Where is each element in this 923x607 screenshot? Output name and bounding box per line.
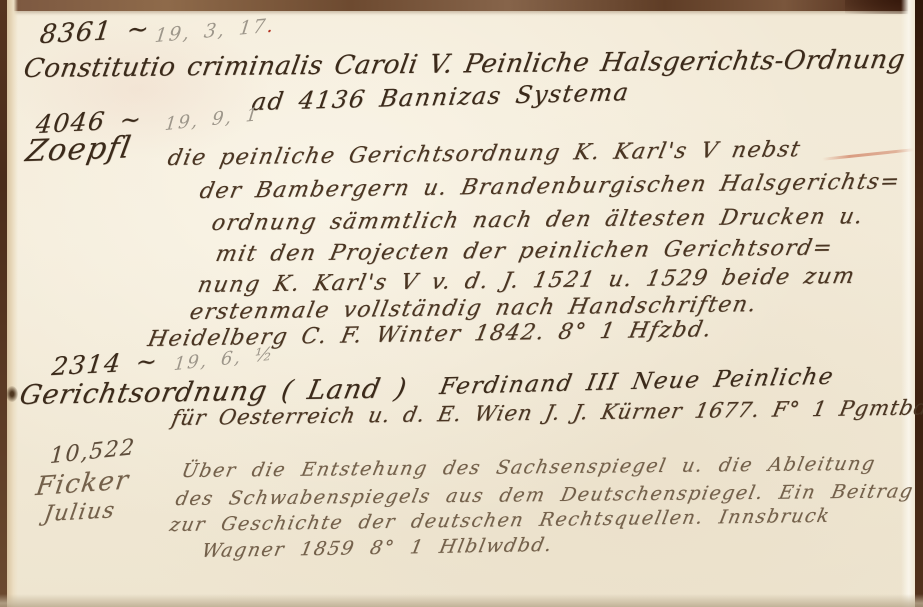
entry1-subtitle: ad 4136 Bannizas Systema xyxy=(250,78,632,116)
book-right-edge xyxy=(915,0,923,607)
catalog-page: { "page": { "paper_color": "#f2e9d6", "i… xyxy=(0,0,923,607)
entry1-red-dot: . xyxy=(266,14,277,37)
entry4-line-3: zur Geschichte der deutschen Rechtsquell… xyxy=(168,505,833,536)
entry4-line-1: Über die Entstehung des Sachsenspiegel u… xyxy=(180,453,878,482)
entry4-author-forename: Julius xyxy=(42,498,117,527)
entry2-author: Zoepfl xyxy=(23,130,135,169)
entry2-line-3: ordnung sämmtlich nach den ältesten Druc… xyxy=(209,204,866,236)
entry2-line-4: mit den Projecten der peinlichen Gericht… xyxy=(213,236,835,268)
entry1-shelf-number: 8361 ~ xyxy=(38,14,152,50)
entry4-shelf-number: 10,522 xyxy=(49,435,136,469)
entry4-line-4: Wagner 1859 8° 1 Hlblwdbd. xyxy=(200,534,555,562)
entry2-line-2: der Bambergern u. Brandenburgischen Hals… xyxy=(198,169,903,204)
ink-blot-stain xyxy=(6,386,18,402)
page-right-margin-edge xyxy=(901,0,915,607)
book-left-edge xyxy=(0,0,7,607)
book-top-edge xyxy=(0,0,923,11)
page-bottom-shadow xyxy=(0,594,923,607)
entry3-shelf-number: 2314 ~ xyxy=(50,346,160,381)
entry4-author-surname: Ficker xyxy=(34,465,132,502)
entry3-heading-continuation: Ferdinand III Neue Peinliche xyxy=(438,364,837,400)
